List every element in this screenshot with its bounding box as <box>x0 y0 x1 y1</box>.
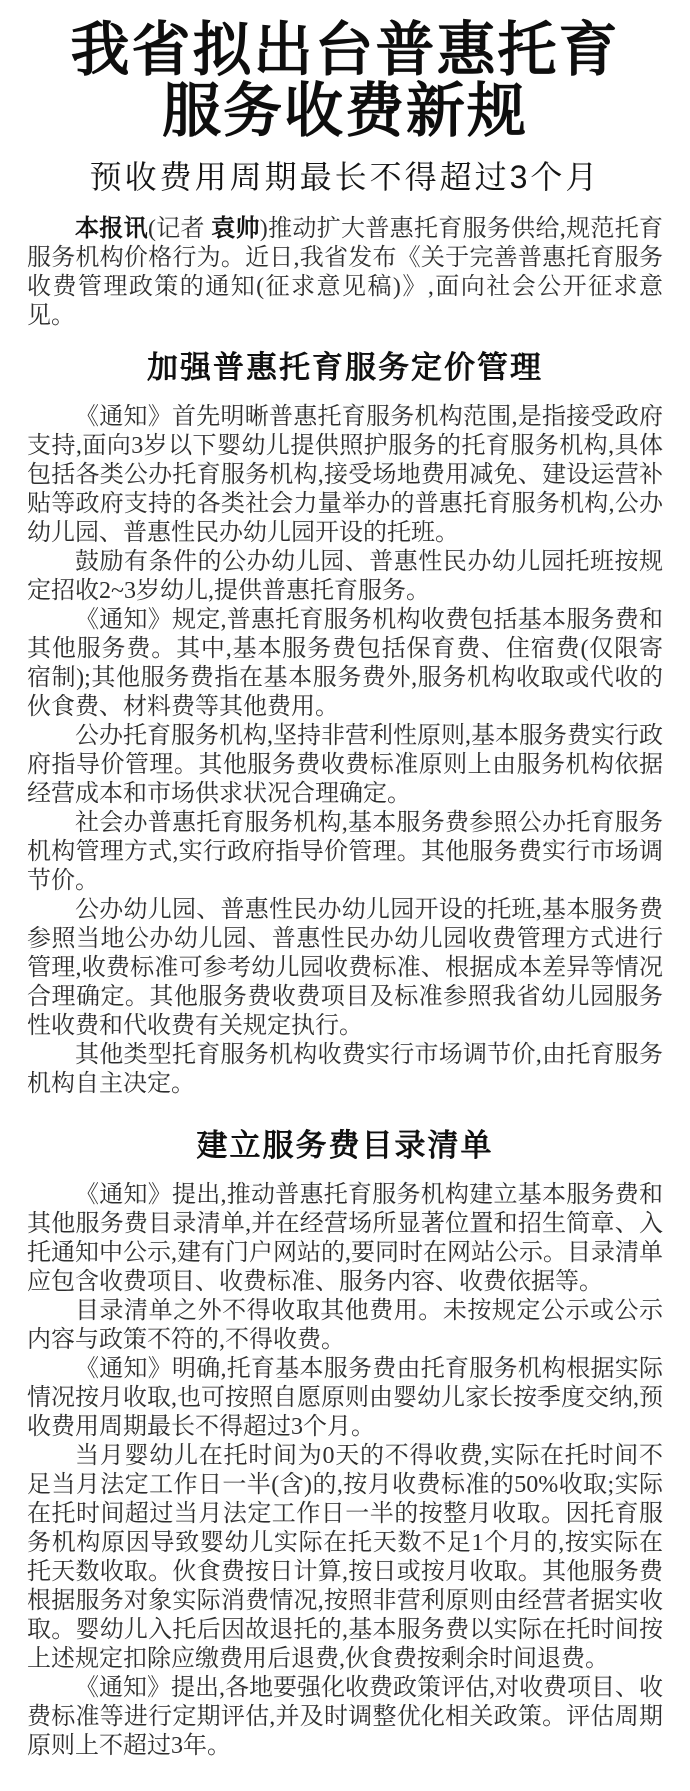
byline-reporter-prefix: (记者 <box>148 216 211 242</box>
body-paragraph: 鼓励有条件的公办幼儿园、普惠性民办幼儿园托班按规定招收2~3岁幼儿,提供普惠托育… <box>27 548 663 606</box>
body-paragraph: 《通知》提出,各地要强化收费政策评估,对收费项目、收费标准等进行定期评估,并及时… <box>27 1674 663 1761</box>
section-body: 《通知》首先明晰普惠托育服务机构范围,是指接受政府支持,面向3岁以下婴幼儿提供照… <box>27 403 663 1099</box>
section-pricing-management: 加强普惠托育服务定价管理 《通知》首先明晰普惠托育服务机构范围,是指接受政府支持… <box>27 351 663 1099</box>
byline-reporter-suffix: ) <box>260 216 268 242</box>
section-body: 《通知》提出,推动普惠托育服务机构建立基本服务费和其他服务费目录清单,并在经营场… <box>27 1181 663 1761</box>
body-paragraph: 《通知》提出,推动普惠托育服务机构建立基本服务费和其他服务费目录清单,并在经营场… <box>27 1181 663 1297</box>
section-heading: 建立服务费目录清单 <box>27 1129 663 1163</box>
byline-agency: 本报讯 <box>75 215 148 242</box>
article-title-line-1: 我省拟出台普惠托育 <box>27 20 663 81</box>
body-paragraph: 当月婴幼儿在托时间为0天的不得收费,实际在托时间不足当月法定工作日一半(含)的,… <box>27 1442 663 1674</box>
body-paragraph: 公办幼儿园、普惠性民办幼儿园开设的托班,基本服务费参照当地公办幼儿园、普惠性民办… <box>27 896 663 1041</box>
article-page: 我省拟出台普惠托育 服务收费新规 预收费用周期最长不得超过3个月 本报讯(记者 … <box>0 0 690 1791</box>
article-subtitle: 预收费用周期最长不得超过3个月 <box>27 156 663 198</box>
article-title: 我省拟出台普惠托育 服务收费新规 <box>27 20 663 142</box>
body-paragraph: 《通知》首先明晰普惠托育服务机构范围,是指接受政府支持,面向3岁以下婴幼儿提供照… <box>27 403 663 548</box>
body-paragraph: 社会办普惠托育服务机构,基本服务费参照公办托育服务机构管理方式,实行政府指导价管… <box>27 809 663 896</box>
body-paragraph: 《通知》规定,普惠托育服务机构收费包括基本服务费和其他服务费。其中,基本服务费包… <box>27 606 663 722</box>
body-paragraph: 目录清单之外不得收取其他费用。未按规定公示或公示内容与政策不符的,不得收费。 <box>27 1297 663 1355</box>
body-paragraph: 其他类型托育服务机构收费实行市场调节价,由托育服务机构自主决定。 <box>27 1041 663 1099</box>
section-fee-catalog: 建立服务费目录清单 《通知》提出,推动普惠托育服务机构建立基本服务费和其他服务费… <box>27 1129 663 1761</box>
body-paragraph: 《通知》明确,托育基本服务费由托育服务机构根据实际情况按月收取,也可按照自愿原则… <box>27 1355 663 1442</box>
lead-paragraph: 本报讯(记者 袁帅)推动扩大普惠托育服务供给,规范托育服务机构价格行为。近日,我… <box>27 214 663 331</box>
byline-reporter-name: 袁帅 <box>211 215 260 242</box>
article-title-line-2: 服务收费新规 <box>27 81 663 142</box>
body-paragraph: 公办托育服务机构,坚持非营利性原则,基本服务费实行政府指导价管理。其他服务费收费… <box>27 722 663 809</box>
section-heading: 加强普惠托育服务定价管理 <box>27 351 663 385</box>
